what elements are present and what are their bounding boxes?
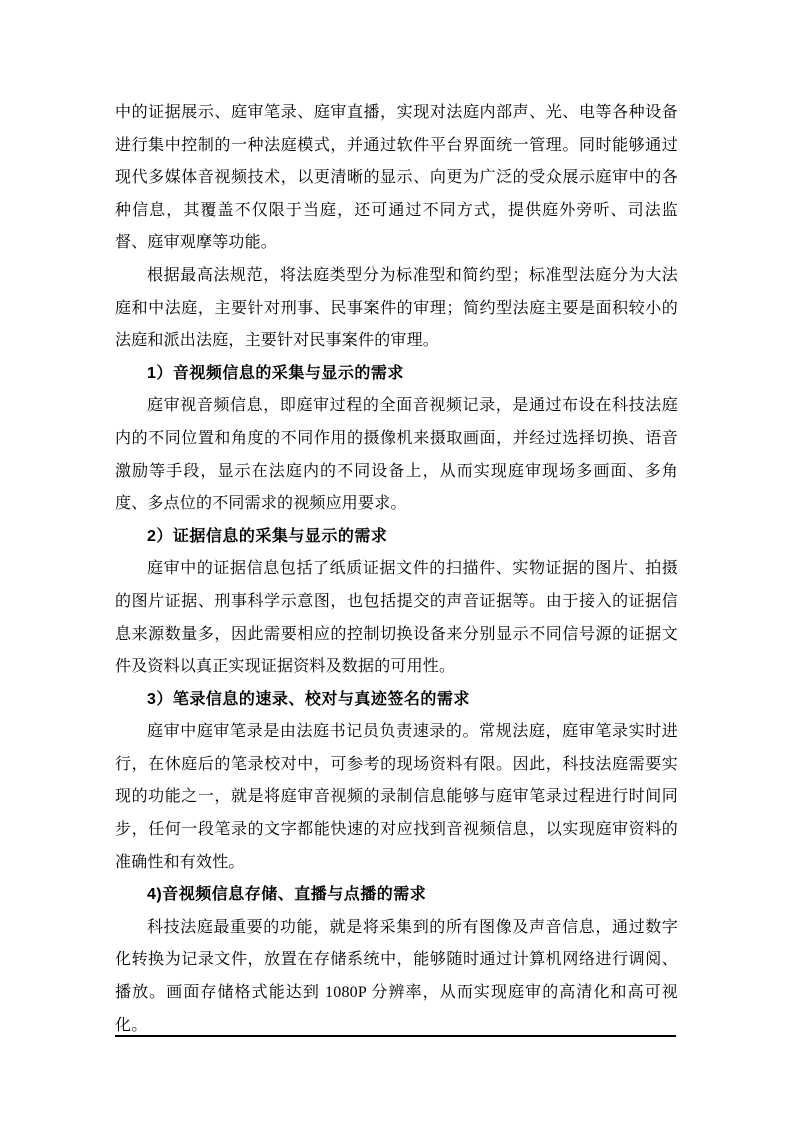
section-heading-av-capture: 1）音视频信息的采集与显示的需求: [115, 358, 678, 391]
section-body-evidence: 庭审中的证据信息包括了纸质证据文件的扫描件、实物证据的图片、拍摄的图片证据、刑事…: [115, 553, 678, 683]
section-heading-evidence: 2）证据信息的采集与显示的需求: [115, 521, 678, 554]
section-body-av-capture: 庭审视音频信息，即庭审过程的全面音视频记录，是通过布设在科技法庭内的不同位置和角…: [115, 390, 678, 520]
section-body-transcript: 庭审中庭审笔录是由法庭书记员负责速录的。常规法庭，庭审笔录实时进行，在休庭后的笔…: [115, 716, 678, 879]
section-heading-transcript: 3）笔录信息的速录、校对与真迹签名的需求: [115, 684, 678, 717]
section-heading-storage-broadcast: 4)音视频信息存储、直播与点播的需求: [115, 879, 678, 912]
document-body: 中的证据展示、庭审笔录、庭审直播，实现对法庭内部声、光、电等各种设备进行集中控制…: [115, 97, 678, 1042]
document-page: 中的证据展示、庭审笔录、庭审直播，实现对法庭内部声、光、电等各种设备进行集中控制…: [0, 0, 793, 1122]
section-body-storage-broadcast: 科技法庭最重要的功能，就是将采集到的所有图像及声音信息，通过数字化转换为记录文件…: [115, 912, 678, 1042]
paragraph-intro-continuation: 中的证据展示、庭审笔录、庭审直播，实现对法庭内部声、光、电等各种设备进行集中控制…: [115, 97, 678, 260]
footer-divider: [115, 1035, 676, 1037]
paragraph-court-types: 根据最高法规范，将法庭类型分为标准型和简约型；标准型法庭分为大法庭和中法庭，主要…: [115, 260, 678, 358]
